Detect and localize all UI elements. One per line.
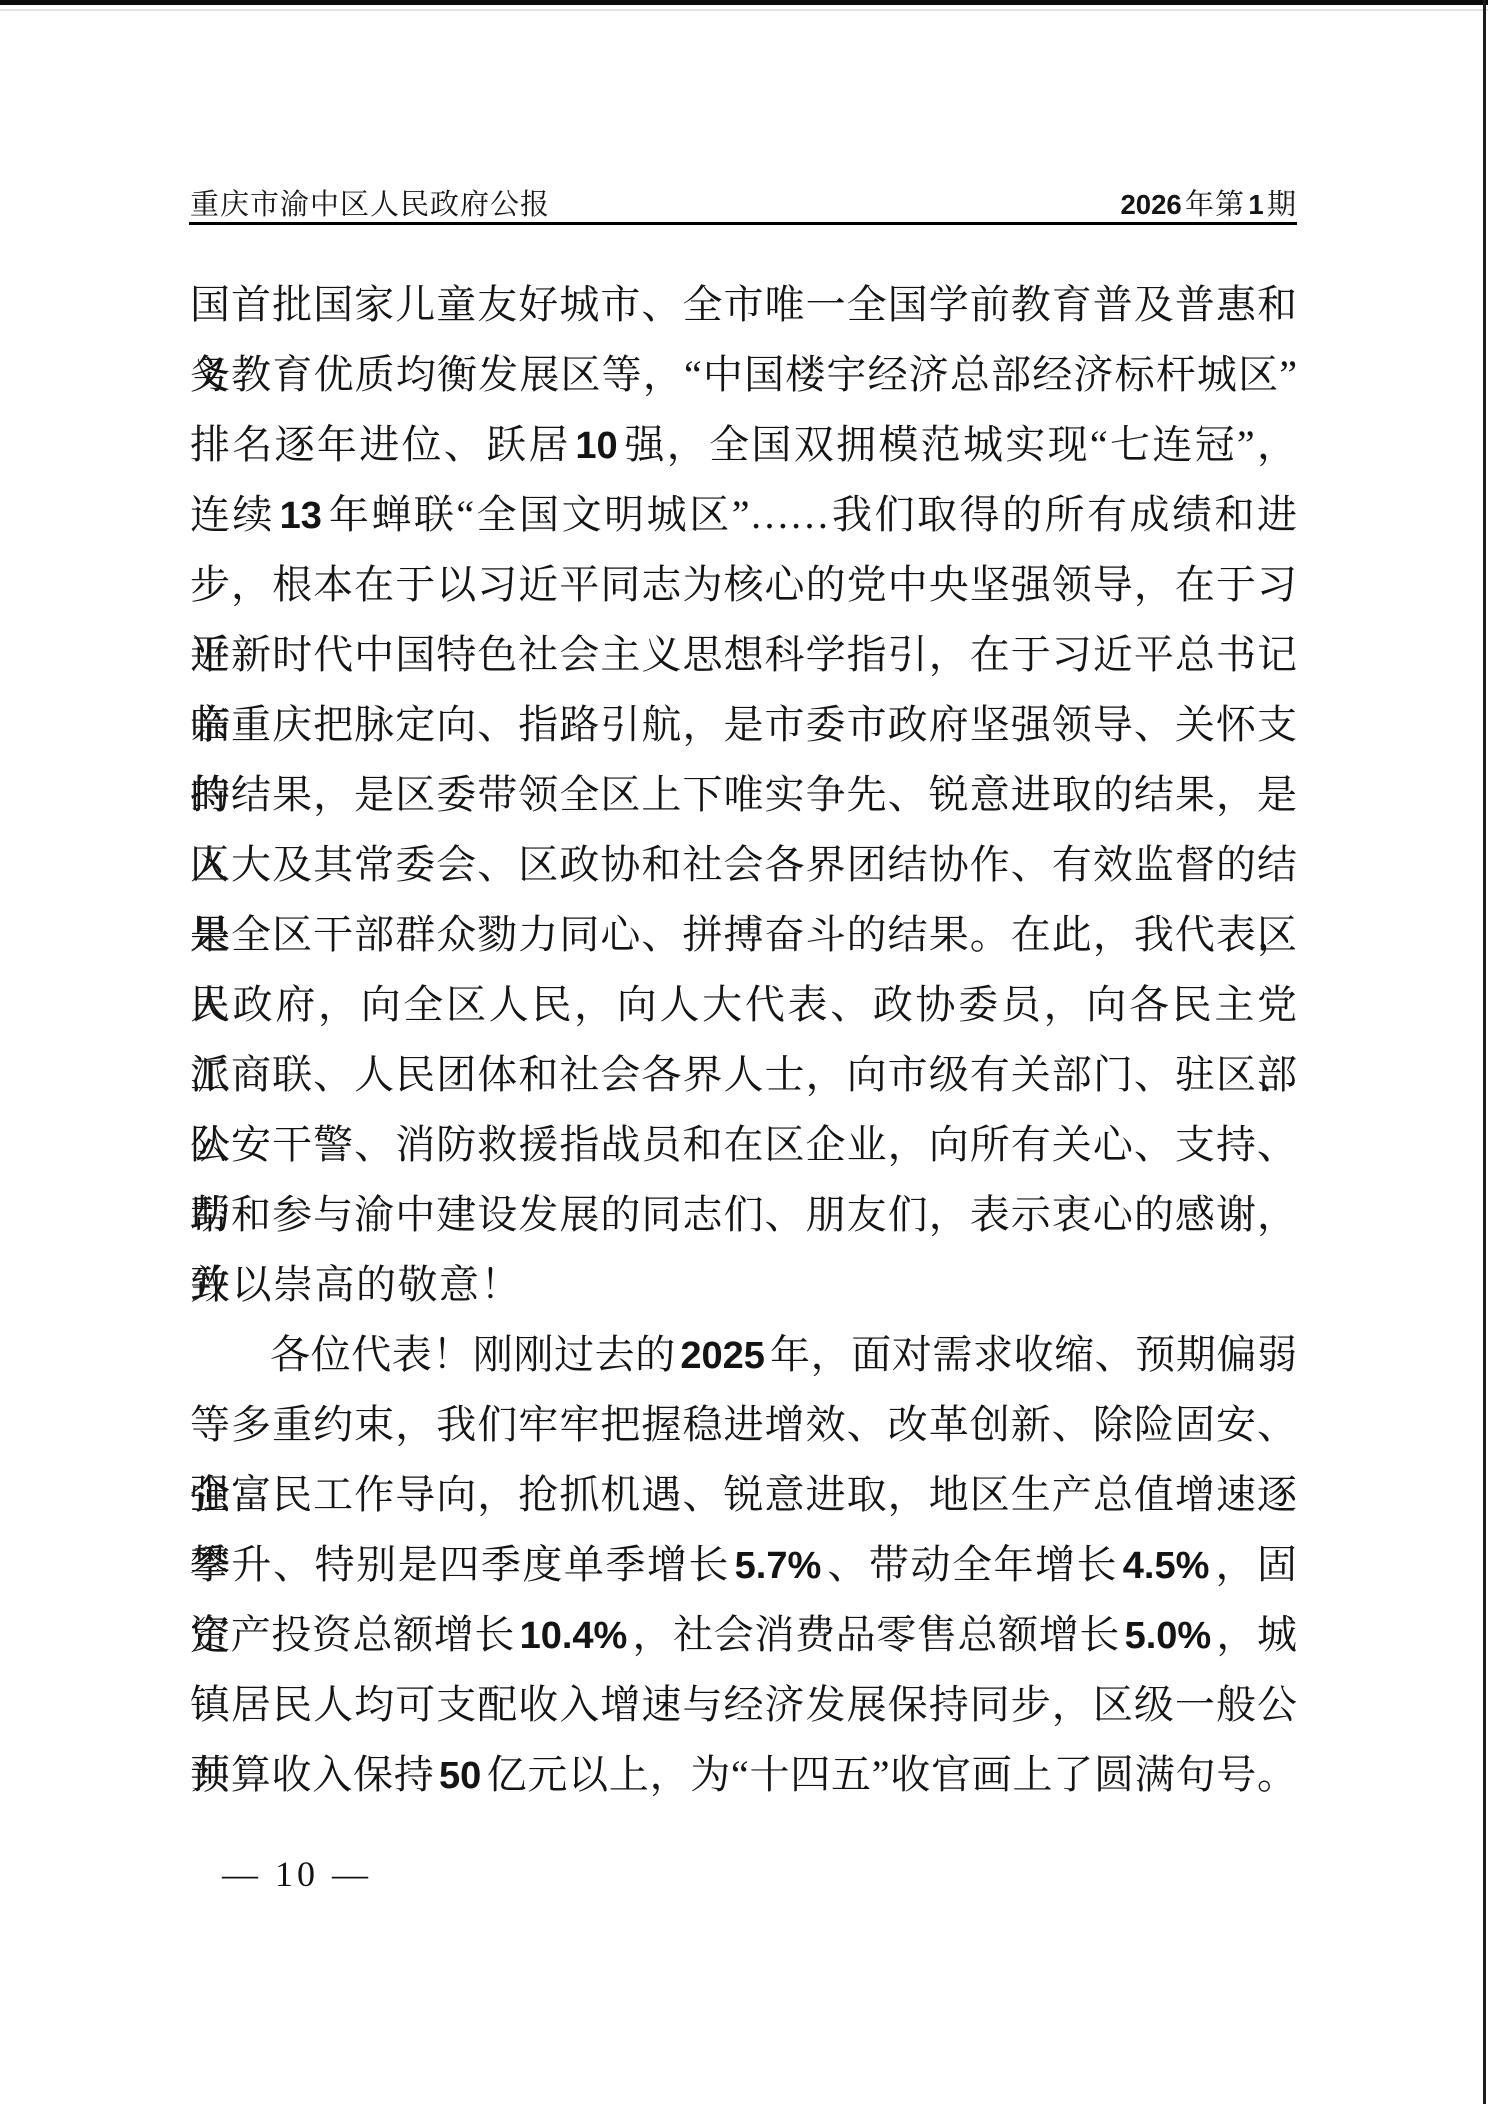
body-line: 排名逐年进位、跃居10强，全国双拥模范城实现“七连冠”， xyxy=(190,410,1297,480)
header-issue-label: 2026年第1期 xyxy=(1117,182,1297,223)
body-text: 国首批国家儿童友好城市、全市唯一全国学前教育普及普惠和义务教育优质均衡发展区等，… xyxy=(190,270,1297,1810)
body-line: 是全区干部群众勠力同心、拼搏奋斗的结果。在此，我代表区人 xyxy=(190,900,1297,970)
numeric-figure: 10.4% xyxy=(520,1615,628,1657)
scan-artifact-top-bar xyxy=(0,0,1488,5)
body-line: 步，根本在于以习近平同志为核心的党中央坚强领导，在于习近 xyxy=(190,550,1297,620)
body-line: 临重庆把脉定向、指路引航，是市委市政府坚强领导、关怀支持 xyxy=(190,690,1297,760)
numeric-figure: 4.5% xyxy=(1123,1545,1210,1587)
body-line: 各位代表！刚刚过去的2025年，面对需求收缩、预期偏弱 xyxy=(190,1320,1297,1390)
numeric-figure: 50 xyxy=(439,1755,481,1797)
scan-artifact-right-edge-line xyxy=(1483,0,1486,2104)
numeric-figure: 5.7% xyxy=(735,1545,822,1587)
numeric-figure: 13 xyxy=(280,495,322,537)
page-number: — 10 — xyxy=(222,1853,372,1895)
body-line: 公安干警、消防救援指战员和在区企业，向所有关心、支持、帮 xyxy=(190,1110,1297,1180)
numeric-figure: 2026 xyxy=(1120,189,1181,220)
numeric-figure: 5.0% xyxy=(1125,1615,1212,1657)
numeric-figure: 1 xyxy=(1248,189,1263,220)
body-line: 等多重约束，我们牢牢把握稳进增效、改革创新、除险固安、强 xyxy=(190,1390,1297,1460)
body-line: 致以崇高的敬意！ xyxy=(190,1250,1297,1320)
body-line: 企富民工作导向，抢抓机遇、锐意进取，地区生产总值增速逐季 xyxy=(190,1460,1297,1530)
header-publication-title: 重庆市渝中区人民政府公报 xyxy=(190,182,550,223)
body-line: 资产投资总额增长10.4%，社会消费品零售总额增长5.0%，城 xyxy=(190,1600,1297,1670)
body-line: 助和参与渝中建设发展的同志们、朋友们，表示衷心的感谢，并 xyxy=(190,1180,1297,1250)
body-line: 民政府，向全区人民，向人大代表、政协委员，向各民主党派、 xyxy=(190,970,1297,1040)
body-line: 预算收入保持50亿元以上，为“十四五”收官画上了圆满句号。 xyxy=(190,1740,1297,1810)
header-rule xyxy=(189,222,1297,225)
body-line: 攀升、特别是四季度单季增长5.7%、带动全年增长4.5%，固定 xyxy=(190,1530,1297,1600)
document-page: 重庆市渝中区人民政府公报 2026年第1期 国首批国家儿童友好城市、全市唯一全国… xyxy=(0,0,1488,2104)
scan-artifact-top-line xyxy=(0,9,1488,11)
body-line: 人大及其常委会、区政协和社会各界团结协作、有效监督的结果， xyxy=(190,830,1297,900)
body-line: 平新时代中国特色社会主义思想科学指引，在于习近平总书记亲 xyxy=(190,620,1297,690)
body-line: 国首批国家儿童友好城市、全市唯一全国学前教育普及普惠和义 xyxy=(190,270,1297,340)
body-line: 镇居民人均可支配收入增速与经济发展保持同步，区级一般公共 xyxy=(190,1670,1297,1740)
body-line: 务教育优质均衡发展区等，“中国楼宇经济总部经济标杆城区” xyxy=(190,340,1297,410)
body-line: 连续13年蝉联“全国文明城区”……我们取得的所有成绩和进 xyxy=(190,480,1297,550)
numeric-figure: 10 xyxy=(575,425,617,467)
numeric-figure: 2025 xyxy=(680,1335,765,1377)
body-line: 工商联、人民团体和社会各界人士，向市级有关部门、驻区部队、 xyxy=(190,1040,1297,1110)
body-line: 的结果，是区委带领全区上下唯实争先、锐意进取的结果，是区 xyxy=(190,760,1297,830)
page-header: 重庆市渝中区人民政府公报 2026年第1期 xyxy=(190,182,1297,223)
